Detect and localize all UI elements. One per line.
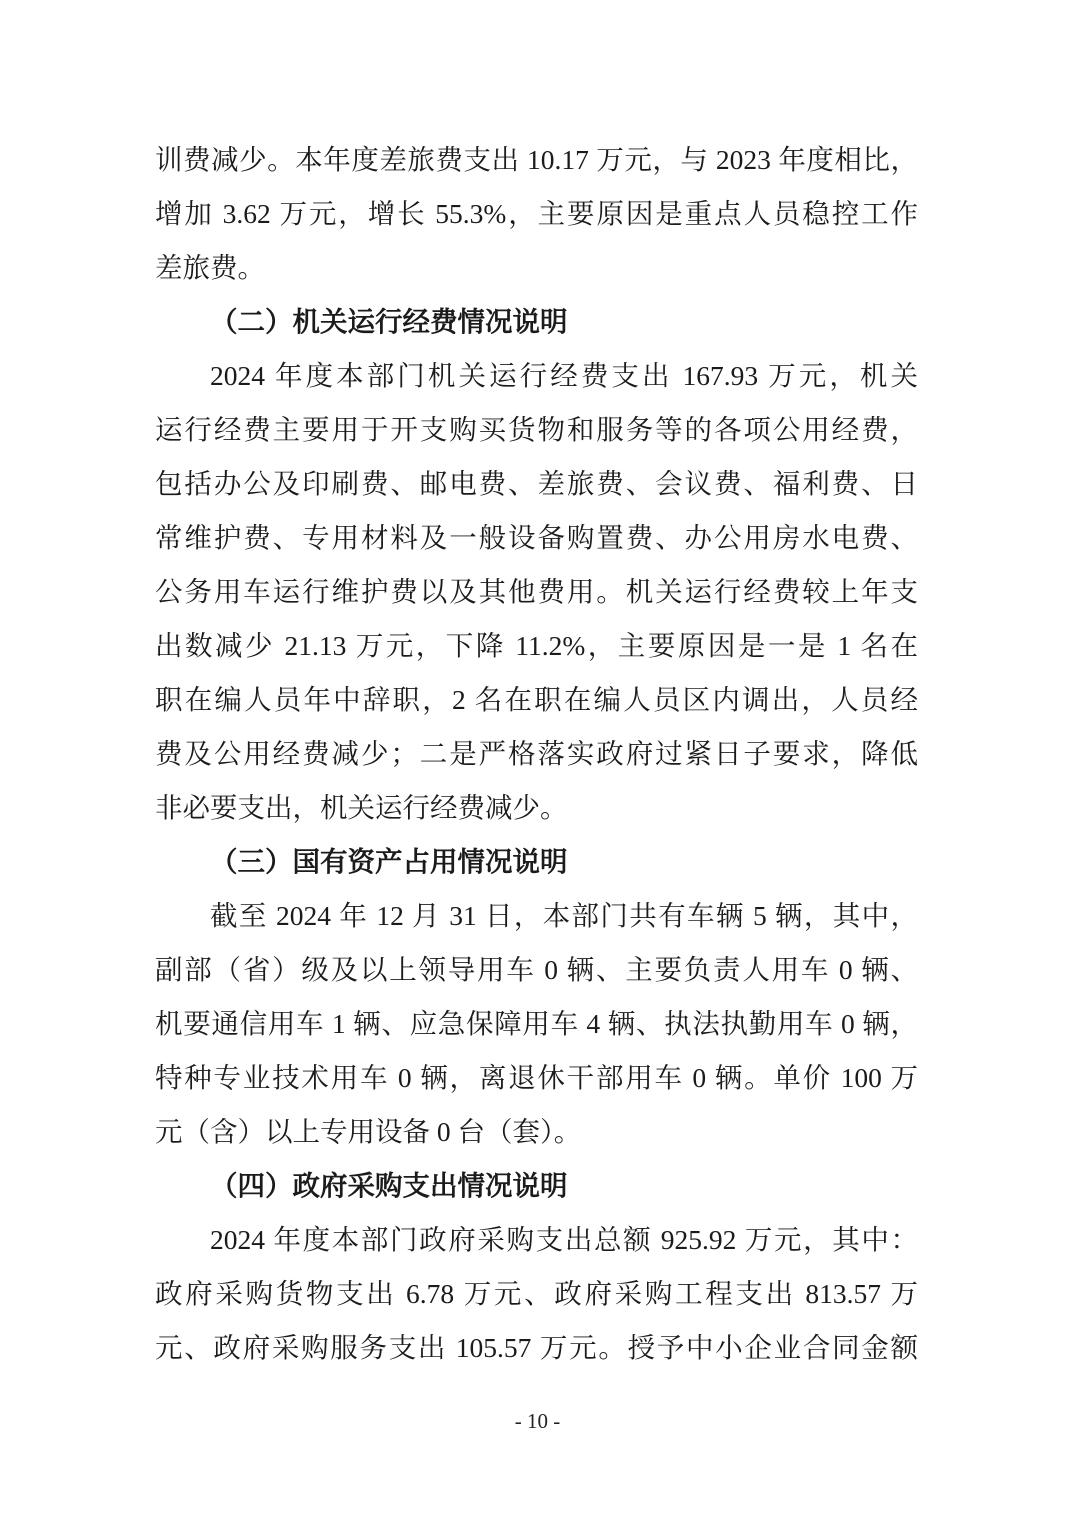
document-body: 训费减少。本年度差旅费支出 10.17 万元，与 2023 年度相比，增加 3.… <box>155 133 918 1375</box>
text-line: 运行经费主要用于开支购买货物和服务等的各项公用经费， <box>155 403 918 457</box>
text-line: 训费减少。本年度差旅费支出 10.17 万元，与 2023 年度相比， <box>155 133 918 187</box>
text-line: 元、政府采购服务支出 105.57 万元。授予中小企业合同金额 <box>155 1321 918 1375</box>
text-line: 常维护费、专用材料及一般设备购置费、办公用房水电费、 <box>155 511 918 565</box>
text-line: 副部（省）级及以上领导用车 0 辆、主要负责人用车 0 辆、 <box>155 943 918 997</box>
text-line: 2024 年度本部门机关运行经费支出 167.93 万元，机关 <box>155 349 918 403</box>
text-line: 公务用车运行维护费以及其他费用。机关运行经费较上年支 <box>155 565 918 619</box>
text-line: 2024 年度本部门政府采购支出总额 925.92 万元，其中： <box>155 1213 918 1267</box>
document-page: 训费减少。本年度差旅费支出 10.17 万元，与 2023 年度相比，增加 3.… <box>0 0 1075 1520</box>
text-line: 差旅费。 <box>155 241 918 295</box>
text-line: 费及公用经费减少；二是严格落实政府过紧日子要求，降低 <box>155 727 918 781</box>
text-line: 增加 3.62 万元，增长 55.3%，主要原因是重点人员稳控工作 <box>155 187 918 241</box>
section-heading: （四）政府采购支出情况说明 <box>155 1159 918 1213</box>
page-number: - 10 - <box>0 1394 1075 1448</box>
text-line: 非必要支出，机关运行经费减少。 <box>155 781 918 835</box>
text-line: 政府采购货物支出 6.78 万元、政府采购工程支出 813.57 万 <box>155 1267 918 1321</box>
text-line: 出数减少 21.13 万元，下降 11.2%，主要原因是一是 1 名在 <box>155 619 918 673</box>
text-line: 包括办公及印刷费、邮电费、差旅费、会议费、福利费、日 <box>155 457 918 511</box>
text-line: 机要通信用车 1 辆、应急保障用车 4 辆、执法执勤用车 0 辆， <box>155 997 918 1051</box>
text-line: 特种专业技术用车 0 辆，离退休干部用车 0 辆。单价 100 万 <box>155 1051 918 1105</box>
text-line: 截至 2024 年 12 月 31 日，本部门共有车辆 5 辆，其中， <box>155 889 918 943</box>
section-heading: （二）机关运行经费情况说明 <box>155 295 918 349</box>
section-heading: （三）国有资产占用情况说明 <box>155 835 918 889</box>
text-line: 元（含）以上专用设备 0 台（套）。 <box>155 1105 918 1159</box>
text-line: 职在编人员年中辞职，2 名在职在编人员区内调出，人员经 <box>155 673 918 727</box>
